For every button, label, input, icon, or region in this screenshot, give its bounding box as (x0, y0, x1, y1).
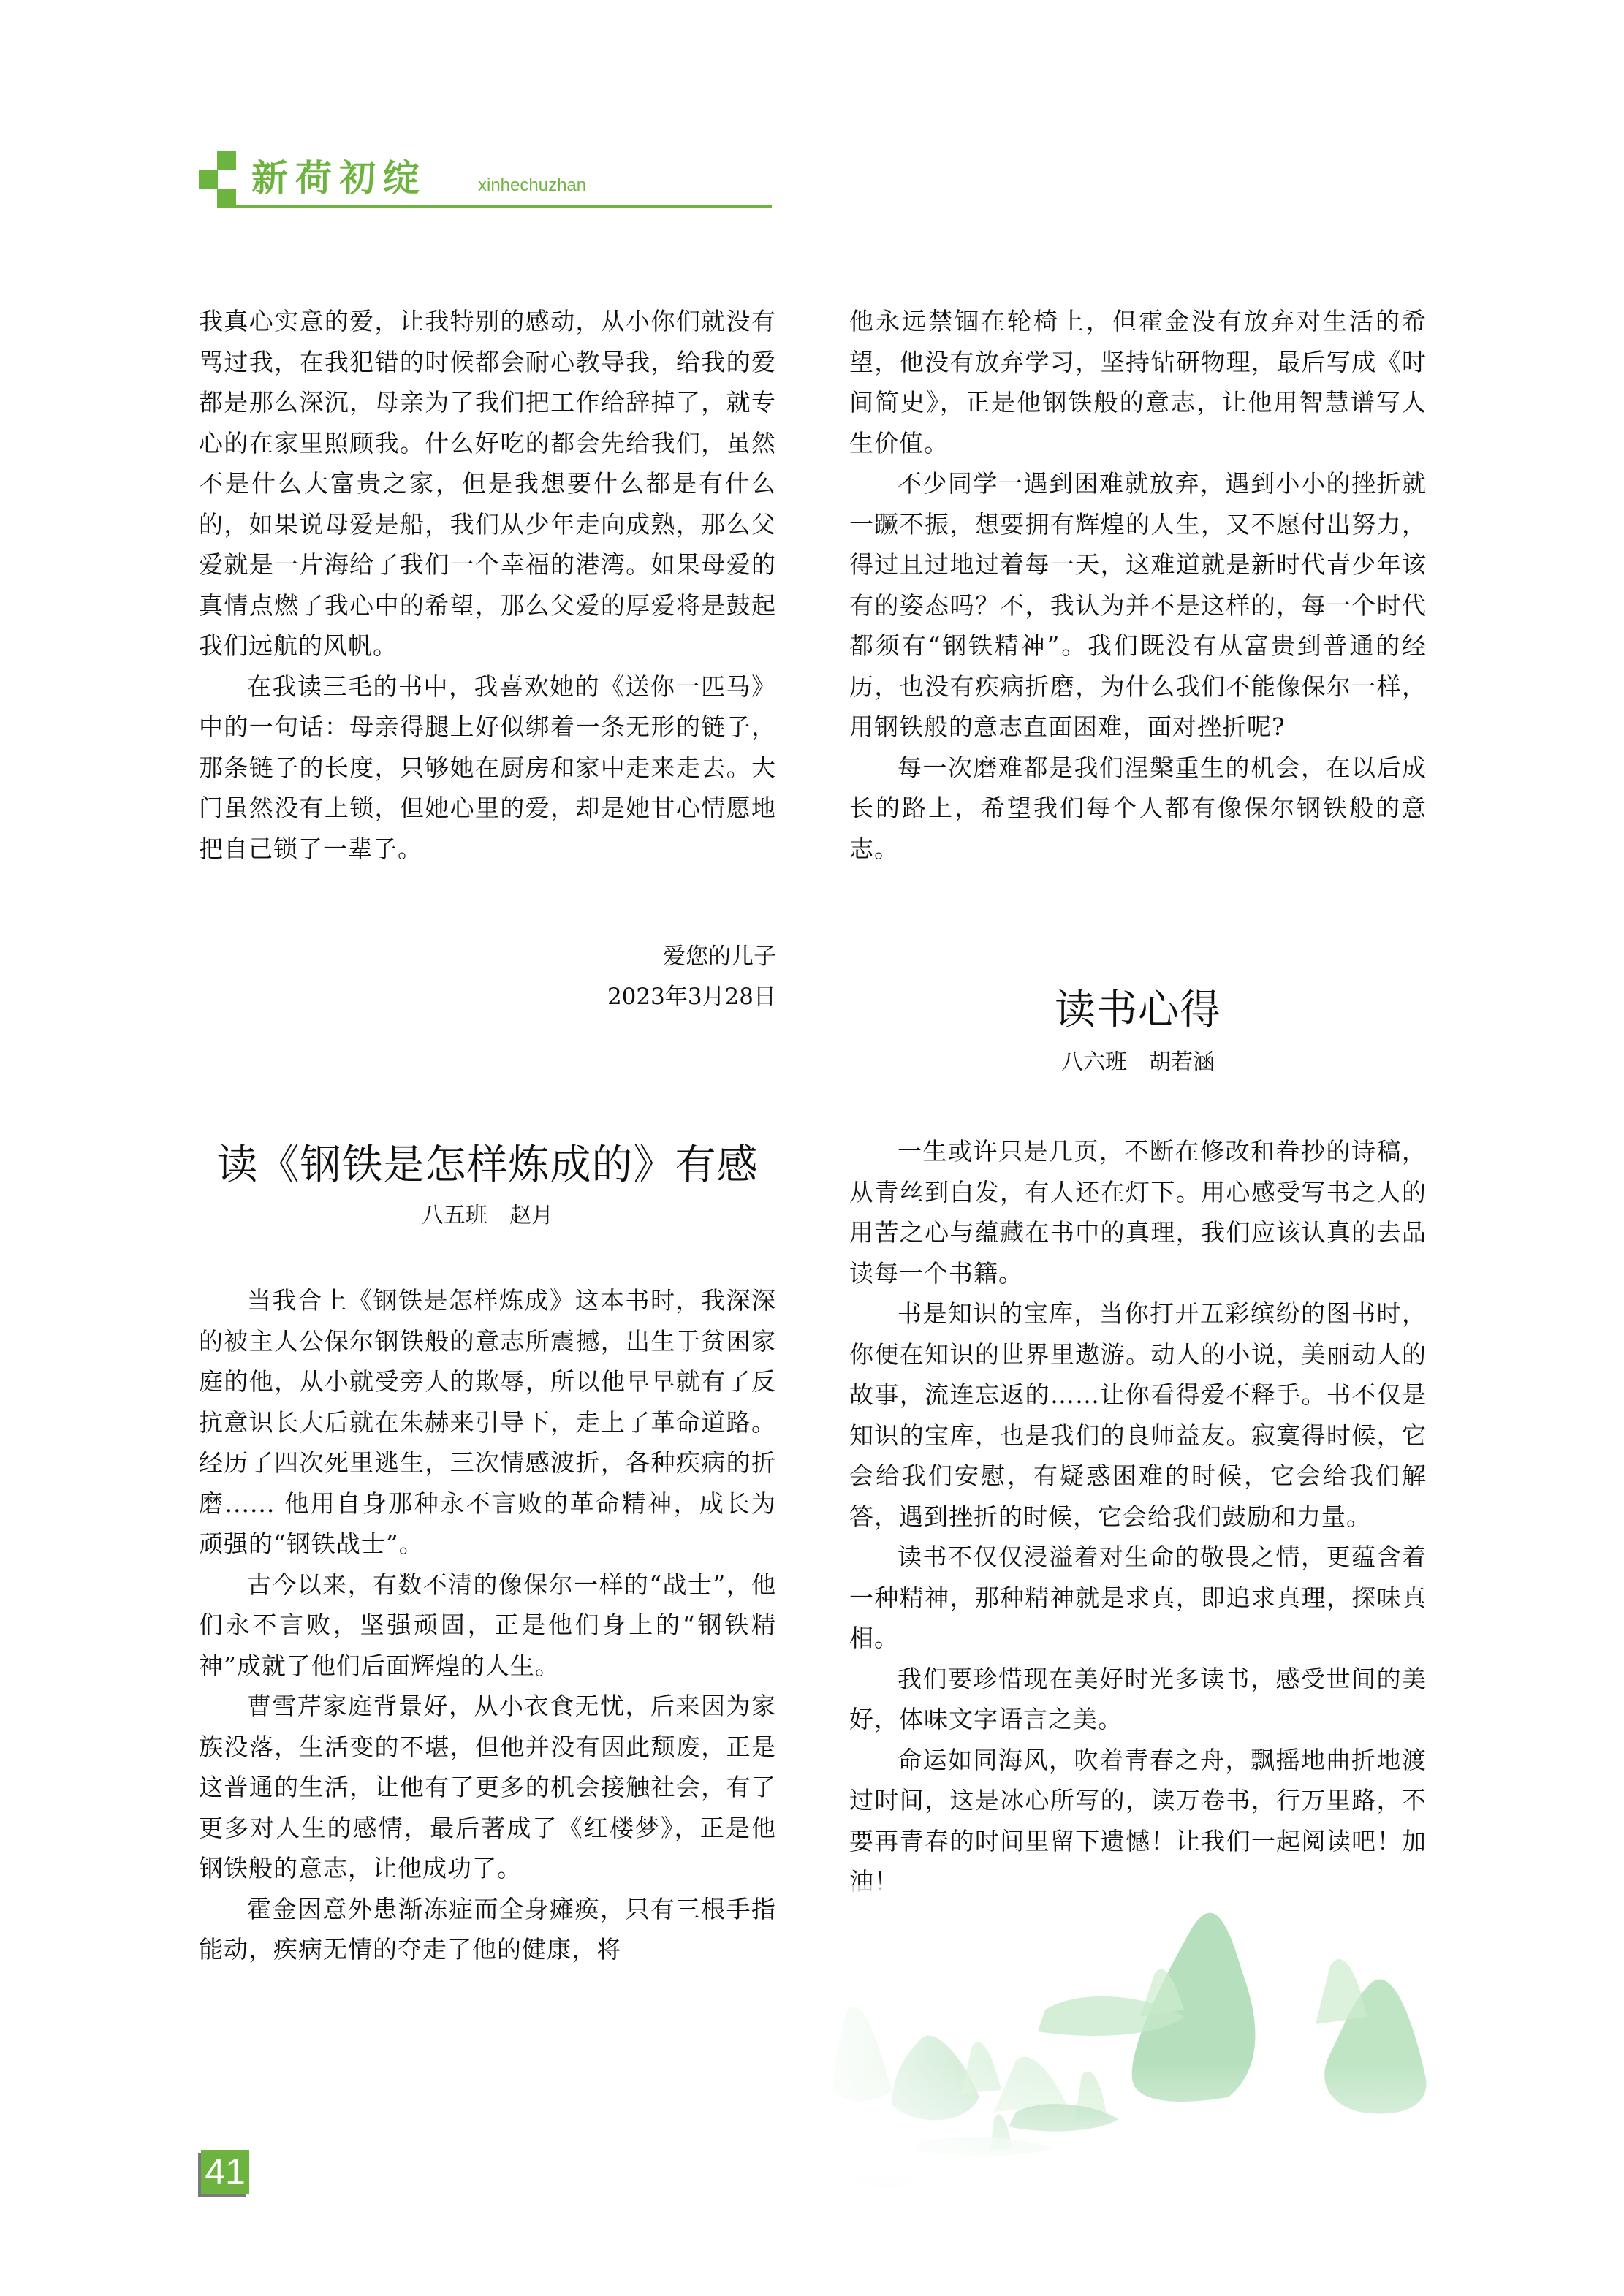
letter-paragraph: 我真心实意的爱，让我特别的感动，从小你们就没有骂过我，在我犯错的时候都会耐心教导… (199, 301, 776, 666)
article-paragraph: 我们要珍惜现在美好时光多读书，感受世间的美好，体味文字语言之美。 (849, 1659, 1427, 1740)
article-paragraph: 曹雪芹家庭背景好，从小衣食无忧，后来因为家族没落，生活变的不堪，但他并没有因此颓… (199, 1686, 776, 1889)
article-reading-body: 一生或许只是几页，不断在修改和眷抄的诗稿，从青丝到白发，有人还在灯下。用心感受写… (849, 1131, 1427, 1902)
article-paragraph: 霍金因意外患渐冻症而全身瘫痪，只有三根手指能动，疾病无情的夺走了他的健康，将 (199, 1889, 776, 1970)
article-paragraph: 古今以来，有数不清的像保尔一样的“战士”，他们永不言败，坚强顽固，正是他们身上的… (199, 1565, 776, 1687)
article-byline: 八五班 赵月 (199, 1201, 776, 1231)
article-steel-body-right: 他永远禁锢在轮椅上，但霍金没有放弃对生活的希望，他没有放弃学习，坚持钻研物理，最… (849, 301, 1427, 869)
article-paragraph: 当我合上《钢铁是怎样炼成》这本书时，我深深的被主人公保尔钢铁般的意志所震撼，出生… (199, 1280, 776, 1565)
letter-continuation: 我真心实意的爱，让我特别的感动，从小你们就没有骂过我，在我犯错的时候都会耐心教导… (199, 301, 776, 869)
section-pinyin: xinhechuzhan (478, 175, 586, 196)
letter-paragraph: 在我读三毛的书中，我喜欢她的《送你一匹马》中的一句话：母亲得腿上好似绑着一条无形… (199, 666, 776, 870)
article-title: 读《钢铁是怎样炼成的》有感 (199, 1140, 776, 1191)
letter-date: 2023年3月28日 (199, 977, 776, 1017)
article-paragraph: 每一次磨难都是我们涅槃重生的机会，在以后成长的路上，希望我们每个人都有像保尔钢铁… (849, 748, 1427, 870)
article-paragraph: 一生或许只是几页，不断在修改和眷抄的诗稿，从青丝到白发，有人还在灯下。用心感受写… (849, 1131, 1427, 1293)
article-paragraph: 他永远禁锢在轮椅上，但霍金没有放弃对生活的希望，他没有放弃学习，坚持钻研物理，最… (849, 301, 1427, 463)
letter-signature: 爱您的儿子 (199, 937, 776, 977)
article-paragraph: 读书不仅仅浸溢着对生命的敬畏之情，更蕴含着一种精神，那种精神就是求真，即追求真理… (849, 1537, 1427, 1659)
article-steel-body-left: 当我合上《钢铁是怎样炼成》这本书时，我深深的被主人公保尔钢铁般的意志所震撼，出生… (199, 1280, 776, 1970)
logo-square-middle (199, 170, 218, 189)
logo-square-top (217, 151, 236, 170)
article-steel-header: 读《钢铁是怎样炼成的》有感 八五班 赵月 (199, 1140, 776, 1231)
page-number-badge: 41 (198, 2150, 249, 2195)
article-paragraph: 书是知识的宝库，当你打开五彩缤纷的图书时，你便在知识的世界里遨游。动人的小说，美… (849, 1293, 1427, 1537)
section-title: 新荷初绽 (251, 156, 427, 200)
article-paragraph: 不少同学一遇到困难就放弃，遇到小小的挫折就一蹶不振，想要拥有辉煌的人生，又不愿付… (849, 463, 1427, 748)
article-reading-header: 读书心得 八六班 胡若涵 (849, 985, 1427, 1077)
letter-signoff: 爱您的儿子 2023年3月28日 (199, 937, 776, 1017)
section-header: 新荷初绽 xinhechuzhan (197, 146, 775, 212)
mountain-landscape-illustration (804, 1885, 1462, 2207)
article-title: 读书心得 (849, 985, 1427, 1036)
header-divider (231, 205, 772, 208)
article-paragraph: 命运如同海风，吹着青春之舟，飘摇地曲折地渡过时间，这是冰心所写的，读万卷书，行万… (849, 1740, 1427, 1902)
article-byline: 八六班 胡若涵 (849, 1048, 1427, 1077)
page-number: 41 (201, 2150, 249, 2194)
